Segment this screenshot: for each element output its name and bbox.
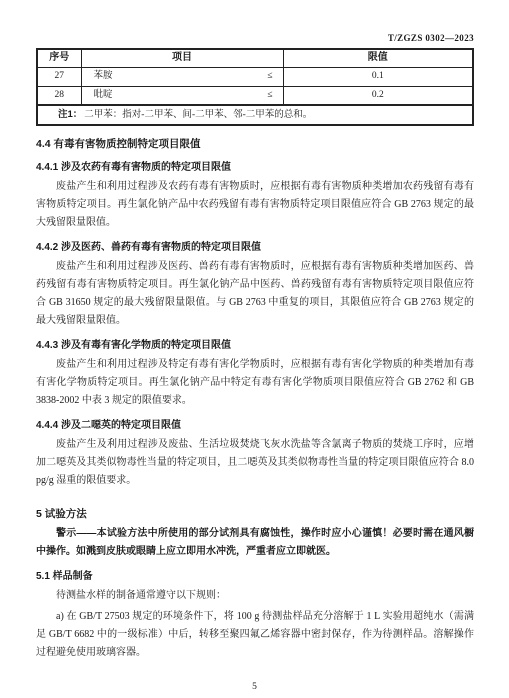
- row-item-cell: 苯胺 ≤: [81, 67, 283, 86]
- heading-4-4-1: 4.4.1 涉及农药有毒有害物质的特定项目限值: [36, 160, 474, 175]
- table-header-no: 序号: [37, 49, 81, 67]
- paragraph-4-4-1: 废盐产生和利用过程涉及农药有毒有害物质时，应根据有毒有害物质种类增加农药残留有毒…: [36, 178, 474, 232]
- heading-4-4: 4.4 有毒有害物质控制特定项目限值: [36, 137, 474, 152]
- note-label: 注1：: [58, 109, 82, 120]
- limits-table: 序号 项目 限值 27 苯胺 ≤ 0.1 28 吡啶: [36, 48, 474, 126]
- paragraph-4-4-4: 废盐产生及利用过程涉及废盐、生活垃圾焚烧飞灰水洗盐等含氯离子物质的焚烧工序时，应…: [36, 436, 474, 490]
- table-row: 27 苯胺 ≤ 0.1: [37, 67, 473, 86]
- table-header-limit: 限值: [283, 49, 473, 67]
- row-item-name: 苯胺: [94, 72, 113, 82]
- note-text: 二甲苯：指对-二甲苯、间-二甲苯、邻-二甲苯的总和。: [84, 110, 312, 120]
- row-limit-value: 0.1: [283, 67, 473, 86]
- row-limit-value: 0.2: [283, 86, 473, 105]
- row-item-cell: 吡啶 ≤: [81, 86, 283, 105]
- document-page: T/ZGZS 0302—2023 序号 项目 限值 27 苯胺 ≤ 0.1: [0, 0, 509, 698]
- paragraph-4-4-3: 废盐产生和利用过程涉及特定有毒有害化学物质时，应根据有毒有害化学物质的种类增加有…: [36, 356, 474, 410]
- table-note-cell: 注1：二甲苯：指对-二甲苯、间-二甲苯、邻-二甲苯的总和。: [37, 105, 473, 125]
- paragraph-4-4-2: 废盐产生和利用过程涉及医药、兽药有毒有害物质时，应根据有毒有害物质种类增加医药、…: [36, 258, 474, 330]
- heading-4-4-4: 4.4.4 涉及二噁英的特定项目限值: [36, 418, 474, 433]
- paragraph-5-1-intro: 待测盐水样的制备通常遵守以下规则：: [36, 587, 474, 605]
- heading-5-1: 5.1 样品制备: [36, 569, 474, 584]
- heading-4-4-2: 4.4.2 涉及医药、兽药有毒有害物质的特定项目限值: [36, 240, 474, 255]
- heading-5: 5 试验方法: [36, 507, 474, 522]
- less-equal-operator: ≤: [267, 91, 272, 101]
- table-note-row: 注1：二甲苯：指对-二甲苯、间-二甲苯、邻-二甲苯的总和。: [37, 105, 473, 125]
- heading-4-4-3: 4.4.3 涉及有毒有害化学物质的特定项目限值: [36, 338, 474, 353]
- table-header-row: 序号 项目 限值: [37, 49, 473, 67]
- table-row: 28 吡啶 ≤ 0.2: [37, 86, 473, 105]
- page-number: 5: [0, 682, 509, 692]
- row-item-name: 吡啶: [94, 91, 113, 101]
- warning-paragraph: 警示——本试验方法中所使用的部分试剂具有腐蚀性，操作时应小心谨慎！必要时需在通风…: [36, 525, 474, 561]
- row-no: 27: [37, 67, 81, 86]
- paragraph-5-1-item-a: a) 在 GB/T 27503 规定的环境条件下，将 100 g 待测盐样品充分…: [36, 608, 474, 662]
- table-header-item: 项目: [81, 49, 283, 67]
- row-no: 28: [37, 86, 81, 105]
- less-equal-operator: ≤: [267, 72, 272, 82]
- doc-number: T/ZGZS 0302—2023: [36, 33, 474, 43]
